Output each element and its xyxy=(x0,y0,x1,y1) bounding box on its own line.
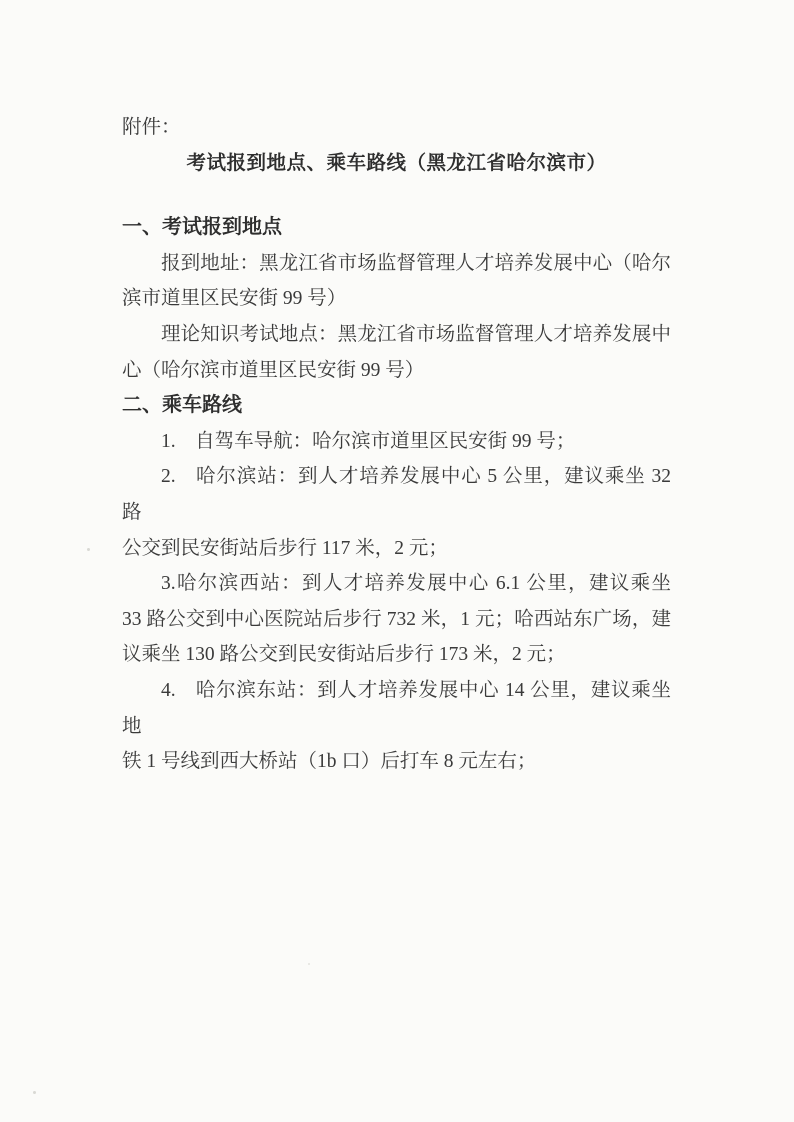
paragraph-line: 公交到民安街站后步行 117 米，2 元； xyxy=(122,531,671,567)
paragraph-line: 理论知识考试地点：黑龙江省市场监督管理人才培养发展中 xyxy=(122,317,671,353)
scan-speckle xyxy=(87,548,90,551)
attachment-label: 附件： xyxy=(122,110,671,146)
document-content: 附件： 考试报到地点、乘车路线（黑龙江省哈尔滨市） 一、考试报到地点 报到地址：… xyxy=(122,110,671,780)
paragraph-line: 4. 哈尔滨东站：到人才培养发展中心 14 公里，建议乘坐地 xyxy=(122,673,671,744)
paragraph-theory-exam-location: 理论知识考试地点：黑龙江省市场监督管理人才培养发展中 心（哈尔滨市道里区民安街 … xyxy=(122,317,671,388)
route-item-harbin-station: 2. 哈尔滨站：到人才培养发展中心 5 公里，建议乘坐 32 路 公交到民安街站… xyxy=(122,459,671,566)
paragraph-line: 铁 1 号线到西大桥站（1b 口）后打车 8 元左右； xyxy=(122,744,671,780)
route-item-harbin-west-station: 3.哈尔滨西站：到人才培养发展中心 6.1 公里，建议乘坐 33 路公交到中心医… xyxy=(122,566,671,673)
route-item-self-driving: 1. 自驾车导航：哈尔滨市道里区民安街 99 号； xyxy=(122,424,671,460)
section-heading-checkin-location: 一、考试报到地点 xyxy=(122,210,671,246)
scan-speckle xyxy=(308,963,310,965)
paragraph-line: 滨市道里区民安街 99 号） xyxy=(122,281,671,317)
document-page: 附件： 考试报到地点、乘车路线（黑龙江省哈尔滨市） 一、考试报到地点 报到地址：… xyxy=(0,0,794,1122)
paragraph-line: 报到地址：黑龙江省市场监督管理人才培养发展中心（哈尔 xyxy=(122,246,671,282)
section-heading-transport-routes: 二、乘车路线 xyxy=(122,388,671,424)
paragraph-line: 2. 哈尔滨站：到人才培养发展中心 5 公里，建议乘坐 32 路 xyxy=(122,459,671,530)
route-item-harbin-east-station: 4. 哈尔滨东站：到人才培养发展中心 14 公里，建议乘坐地 铁 1 号线到西大… xyxy=(122,673,671,780)
paragraph-checkin-address: 报到地址：黑龙江省市场监督管理人才培养发展中心（哈尔 滨市道里区民安街 99 号… xyxy=(122,246,671,317)
paragraph-line: 心（哈尔滨市道里区民安街 99 号） xyxy=(122,353,671,389)
paragraph-line: 1. 自驾车导航：哈尔滨市道里区民安街 99 号； xyxy=(122,424,671,460)
scan-speckle xyxy=(33,1091,36,1094)
paragraph-line: 33 路公交到中心医院站后步行 732 米，1 元；哈西站东广场，建 xyxy=(122,602,671,638)
paragraph-line: 议乘坐 130 路公交到民安街站后步行 173 米，2 元； xyxy=(122,637,671,673)
paragraph-line: 3.哈尔滨西站：到人才培养发展中心 6.1 公里，建议乘坐 xyxy=(122,566,671,602)
document-title: 考试报到地点、乘车路线（黑龙江省哈尔滨市） xyxy=(122,146,671,182)
